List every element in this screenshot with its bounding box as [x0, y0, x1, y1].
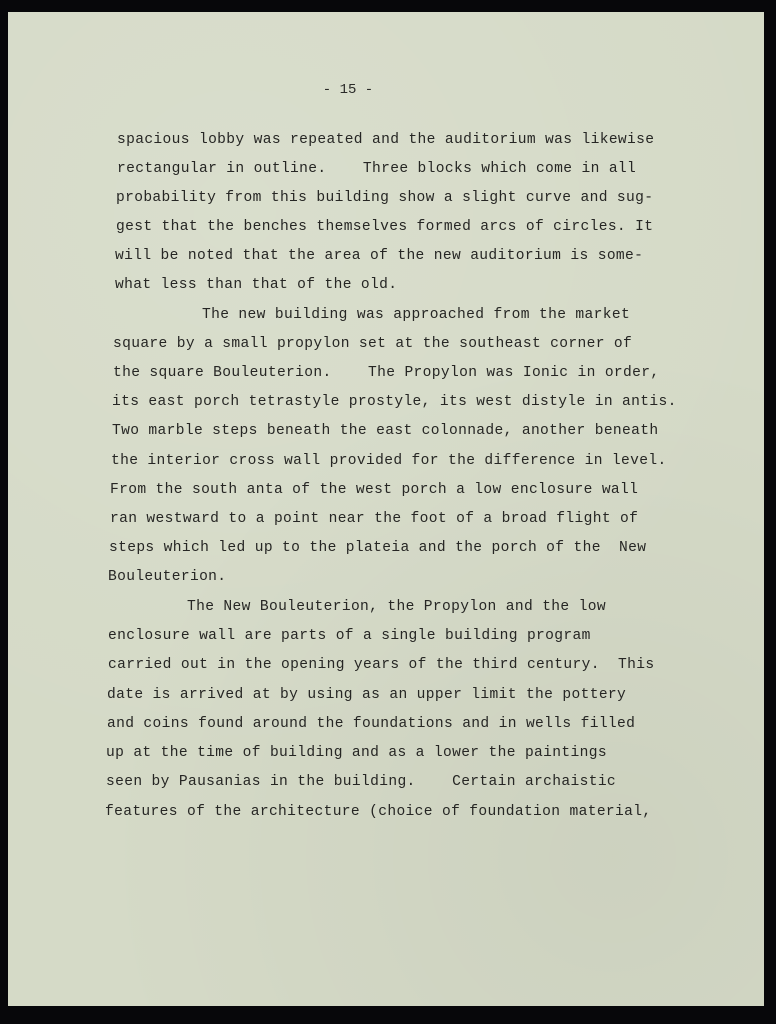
text-line: Bouleuterion. [108, 568, 226, 586]
text-line: up at the time of building and as a lowe… [106, 744, 607, 762]
text-line: the square Bouleuterion. The Propylon wa… [113, 364, 659, 382]
text-line: enclosure wall are parts of a single bui… [108, 627, 591, 645]
text-line: features of the architecture (choice of … [105, 803, 651, 821]
text-line: The New Bouleuterion, the Propylon and t… [187, 598, 606, 616]
text-line: seen by Pausanias in the building. Certa… [106, 773, 616, 791]
typewritten-page: - 15 - spacious lobby was repeated and t… [8, 12, 764, 1006]
text-line: its east porch tetrastyle prostyle, its … [112, 393, 677, 411]
text-line: gest that the benches themselves formed … [116, 218, 653, 236]
text-line: the interior cross wall provided for the… [111, 452, 667, 470]
text-line: and coins found around the foundations a… [107, 715, 635, 733]
page-number: - 15 - [318, 82, 378, 98]
text-line: ran westward to a point near the foot of… [110, 510, 638, 528]
text-line: Two marble steps beneath the east colonn… [112, 422, 658, 440]
text-line: will be noted that the area of the new a… [115, 247, 643, 265]
text-line: what less than that of the old. [115, 276, 397, 294]
text-line: rectangular in outline. Three blocks whi… [117, 160, 636, 178]
text-line: carried out in the opening years of the … [108, 656, 654, 674]
text-line: date is arrived at by using as an upper … [107, 686, 626, 704]
text-line: The new building was approached from the… [202, 306, 630, 324]
text-line: From the south anta of the west porch a … [110, 481, 638, 499]
text-line: square by a small propylon set at the so… [113, 335, 632, 353]
text-line: probability from this building show a sl… [116, 189, 653, 207]
text-line: spacious lobby was repeated and the audi… [117, 131, 654, 149]
text-line: steps which led up to the plateia and th… [109, 539, 646, 557]
